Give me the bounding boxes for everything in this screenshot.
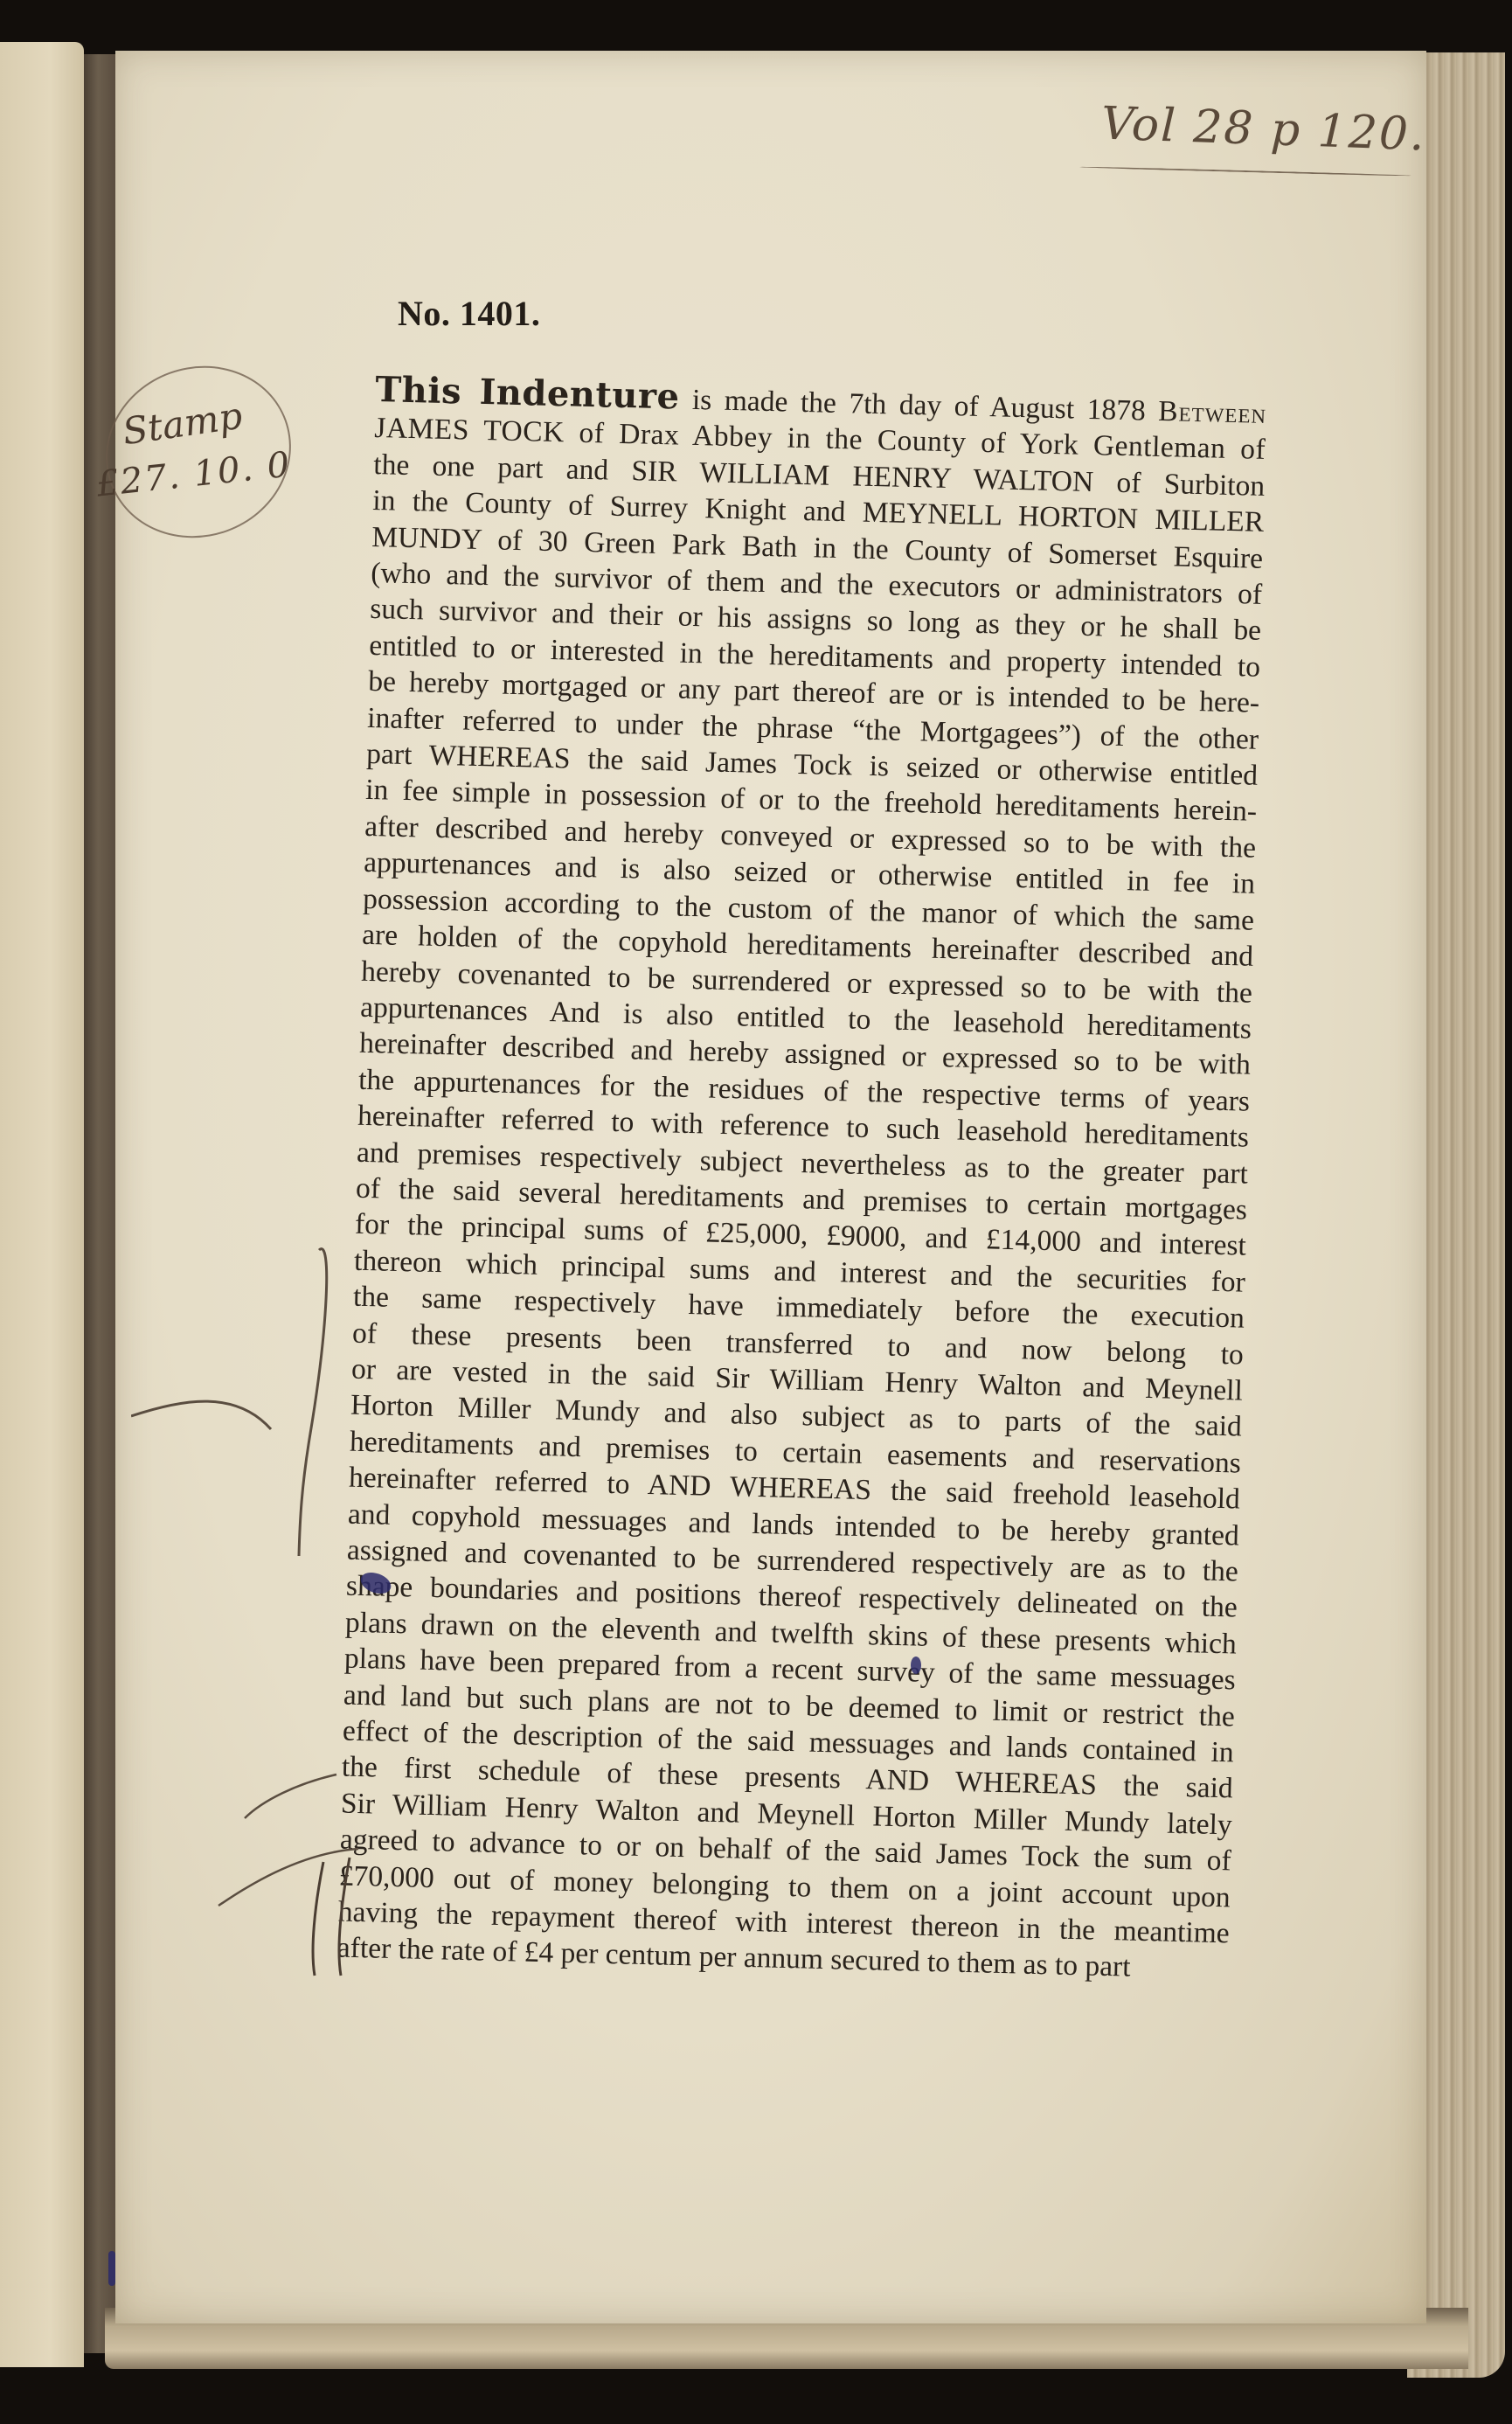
ink-blot — [911, 1657, 921, 1674]
stamp-annotation: Stamp £27. 10. 0 — [96, 367, 306, 542]
document-number: No. 1401. — [398, 293, 540, 334]
scanned-book-spread: Vol 28 p 120. No. 1401. Stamp £27. 10. 0… — [0, 0, 1512, 2424]
margin-bracket-mark — [131, 1224, 393, 1556]
indenture-body: This Indenture is made the 7th day of Au… — [336, 372, 1266, 1988]
opening-words: This Indenture — [375, 369, 680, 417]
previous-page-edge — [0, 42, 84, 2367]
ink-blot — [108, 2251, 115, 2286]
between-keyword: Between — [1158, 395, 1267, 430]
margin-double-bracket-mark — [192, 1766, 385, 1993]
